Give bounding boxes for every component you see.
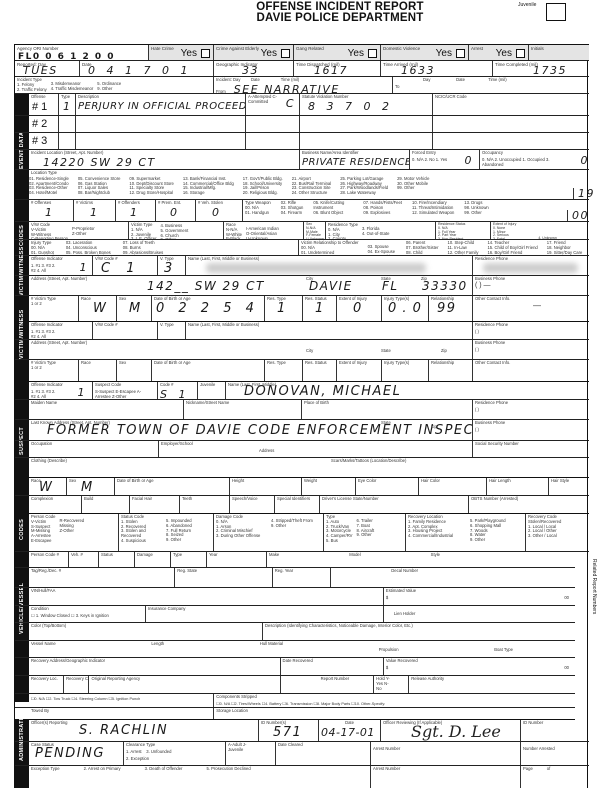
offense-type[interactable]: Type1 <box>59 94 76 115</box>
business-phone-field[interactable]: Business Phone( ) — <box>473 276 589 295</box>
gang-related-field[interactable]: Gang Related Yes <box>294 45 381 60</box>
offense-type[interactable] <box>59 116 76 132</box>
loc-col: 21. Airport22. Bus/Rail Terminal23. Cons… <box>292 177 332 196</box>
residence-phone-field[interactable]: Residence Phone( ) <box>473 400 589 419</box>
status-field[interactable]: Status <box>99 552 135 567</box>
options: 1. #1 3. #3 2. #2 4. All <box>29 389 59 399</box>
ssn-field[interactable]: Social Security Number <box>473 441 589 457</box>
special-identifiers-field[interactable]: Special Identifiers <box>275 496 320 513</box>
offense-row-3: # 3 <box>15 133 589 150</box>
domestic-violence-field[interactable]: Domestic Violence Yes <box>381 45 469 60</box>
statute-number[interactable]: Statute Violation Number8 3 7 0 2 <box>300 94 433 115</box>
residence-phone-field[interactable]: Residence Phone( ) <box>473 322 589 339</box>
date-recovered-field[interactable]: Date Recovered <box>281 658 384 675</box>
dob-field[interactable]: Date of Birth or Age <box>152 360 265 381</box>
of-text: of <box>547 766 551 771</box>
arrest-checkbox[interactable] <box>516 49 525 58</box>
codes-row-2: Injury Type00. N/A01. Gunshot02. Stabbed… <box>15 240 589 256</box>
exception-type-field[interactable]: Exception Type2. Arrest on Primary3. Dea… <box>29 766 371 788</box>
field-label: Race <box>79 360 116 367</box>
victim-type-1or2-field[interactable]: # Victim Type 1 or 2 <box>29 296 79 321</box>
person-code-legend: Person CodeV-VictimS-SuspectM-MissingA-A… <box>29 514 119 551</box>
legend-col: R-Recovered MissingZ-Other <box>57 514 95 551</box>
field-label: Status <box>99 552 134 559</box>
option: 3. L.E. Officer <box>131 237 157 239</box>
option: 4. Out-of-State <box>362 232 389 237</box>
dob-field[interactable]: Date of Birth or Age <box>115 478 230 495</box>
victim1-row-2: Address (Street, Apt. Number) 142__ SW 2… <box>15 276 589 296</box>
field-label: Other Contact Info. <box>473 296 589 303</box>
injury-types-field[interactable]: Injury Type(s)0 . 0 <box>382 296 429 321</box>
zip-value: 33330 <box>414 281 468 292</box>
option: E-Escapee <box>31 539 55 544</box>
condition-field[interactable]: Condition☐ 1. Window Closed ☐ 3. Keys in… <box>29 606 146 622</box>
domestic-violence-checkbox[interactable] <box>456 49 465 58</box>
relationship-field[interactable]: Relationship <box>429 360 473 381</box>
race-field[interactable]: RaceW <box>29 478 67 495</box>
field-value: # 3 <box>29 133 58 149</box>
option: 0. N/A <box>34 697 44 701</box>
vehicle-row-6: Vessel NameLengthHull MaterialPropulsion… <box>15 641 575 658</box>
suspect-address-field[interactable]: Last Known Address (Street, Apt. Number)… <box>29 420 473 440</box>
legend-col: 03. Spouse04. Ex-Spouse05. Co-Habitant <box>366 240 399 255</box>
field-label: Condition <box>29 606 145 613</box>
color-field[interactable]: Color (Top/Bottom) <box>29 623 263 640</box>
options: 0. N/A 2. No 1. Yes <box>410 157 450 164</box>
tag-field[interactable]: Tag/Reg./Dec. # <box>29 568 175 587</box>
field-label: Name (Last, First, Middle or Business) <box>186 256 472 263</box>
field-value: 0 <box>196 207 242 218</box>
arrest-number-2-field[interactable]: Arrest Number <box>371 766 521 788</box>
address-label: Address <box>159 448 472 455</box>
initials-field[interactable]: Initials <box>529 45 589 60</box>
lien-holder-field[interactable]: Lien Holder <box>384 606 575 622</box>
time-arrived-field[interactable]: Time Arrived (mil) 1633 <box>381 61 493 76</box>
field-value: 1 <box>74 207 115 218</box>
field-label: Recovery Loc. <box>29 676 63 683</box>
field-label: Arrest Number <box>371 766 520 773</box>
option: 2. Traffic Felony <box>17 88 47 93</box>
incident-to-field[interactable]: Day Date Time (mil) To <box>393 77 589 93</box>
field-label: Value Recovered <box>384 658 575 665</box>
offense-indicator-field[interactable]: Offense Indicator1. #1 3. #3 2. #2 4. Al… <box>29 382 93 399</box>
legend-col: 07. Loss of Teeth08. Burns09. Abrasions/… <box>121 240 166 255</box>
field-value: 0 4 1 7 0 1 <box>80 65 213 76</box>
attempted-committed[interactable] <box>246 133 300 149</box>
offense-description[interactable] <box>76 116 246 132</box>
counts-row: # Offenses1 # Victims1 # Offenders1 # Pr… <box>15 200 589 222</box>
weapon-type-field[interactable]: Type Weapon00. N/A01. Handgun 02. Rifle0… <box>243 200 589 221</box>
page-label: Page of <box>521 766 589 773</box>
field-label: Reg. State <box>175 568 272 575</box>
field-label: Report Number <box>281 676 374 683</box>
phone-blank: ( ) <box>473 427 589 434</box>
report-date-field[interactable]: Date04-17-01 <box>319 720 381 741</box>
offense-report-form: Agency ORI Number FL0 0 6 1 2 0 0 Hate C… <box>14 44 588 788</box>
res-status-field[interactable]: Res. Status1 <box>303 296 337 321</box>
sex-legend: SexN-N/AM-MaleF-FemaleU-Unknown <box>304 222 326 239</box>
extent-injury-field[interactable]: Extent of Injury0 <box>337 296 382 321</box>
ncic-code[interactable]: NCIC/UCR Code <box>433 94 589 115</box>
estimated-value-field[interactable]: Estimated Value$00 <box>384 588 575 605</box>
codes2-row: Person CodeV-VictimS-SuspectM-MissingA-A… <box>15 514 589 552</box>
legend-col: 6. Trailer7. Boat8. Aircraft9. Other <box>354 514 376 551</box>
attempted-committed[interactable] <box>246 116 300 132</box>
field-label: Suspect Code <box>93 382 157 389</box>
field-label: Hair Color <box>419 478 486 485</box>
original-agency-field[interactable]: Original Reporting Agency <box>89 676 280 693</box>
hate-crime-field[interactable]: Hate Crime Yes <box>149 45 214 60</box>
related-report-numbers-strip: Related Report Numbers <box>587 440 600 690</box>
legend-col: V/W CodeV-VictimW-WitnessC-Reporting Per… <box>29 222 70 239</box>
loc-col: 29. Motor Vehicle30. Other Mobile99. Oth… <box>397 177 429 196</box>
incident-type-col1: Incident Type1. Felony2. Traffic Felony <box>15 77 49 93</box>
option: 3. Other / Local <box>528 534 584 539</box>
suspect-row-3: Last Known Address (Street, Apt. Number)… <box>15 420 589 441</box>
field-label: Address (Street, Apt. Number) <box>29 340 472 347</box>
field-label: Speech/Voice <box>230 496 274 503</box>
field-label: Decal Number <box>331 568 575 575</box>
option: 06. Blunt Object <box>313 211 353 216</box>
report-title: OFFENSE INCIDENT REPORT DAVIE POLICE DEP… <box>235 2 445 24</box>
zip-label: Zip <box>429 424 439 431</box>
date-cleared-field[interactable]: Date Cleared <box>276 742 371 765</box>
legend-col: Recovery Code Stolen/Recovered1. Local /… <box>526 514 586 540</box>
victim-type-1or2-field[interactable]: # Victim Type 1 or 2 <box>29 360 79 381</box>
victim2-row-1: Offense Indicator1. #1 3. #3 2. #2 4. Al… <box>15 322 589 340</box>
field-value: ( ) — <box>473 283 589 290</box>
option: 2. Tow Truck <box>49 697 70 701</box>
towed-by-field[interactable]: Towed By <box>29 708 214 719</box>
residence-phone-field[interactable]: Residence Phone <box>473 256 589 275</box>
location-type-row[interactable]: Location Type 01. Residence-Single02. Ap… <box>15 170 589 200</box>
incident-from-field[interactable]: Incident: Day Date Time (mil) FromSEE NA… <box>214 77 393 93</box>
crime-elderly-checkbox[interactable] <box>281 49 290 58</box>
offense-description[interactable]: DescriptionPERJURY IN OFFICIAL PROCEEDIN… <box>76 94 246 115</box>
year-field[interactable]: Year <box>207 552 267 567</box>
field-label: OBTS Number (Arrested) <box>469 496 589 503</box>
adult-juvenile-field[interactable]: A-Adult J-Juvenile <box>226 742 276 765</box>
occupancy-field[interactable]: Occupancy0. N/A 2. Unoccupied 1. Occupie… <box>480 150 589 169</box>
vessel-field[interactable]: Vessel NameLengthHull MaterialPropulsion… <box>29 641 575 657</box>
complexion-field[interactable]: Complexion <box>29 496 82 513</box>
field-value: 1 <box>59 101 75 112</box>
occupation-field[interactable]: Occupation <box>29 441 159 457</box>
field-label: Hair Style <box>549 478 589 485</box>
extent-injury-field[interactable]: Extent of Injury <box>337 360 382 381</box>
field-label: V. Type <box>158 322 185 329</box>
sex-field[interactable]: SexM <box>117 296 152 321</box>
other-contact-field[interactable]: Other Contact Info.— <box>473 296 589 321</box>
suspect-code-field[interactable]: Suspect CodeS-Suspect E-Escapee A-Arrest… <box>93 382 158 399</box>
field-label: Occupancy <box>480 150 589 157</box>
option: 9. Other <box>161 238 189 239</box>
vehicle-row-7: Recovery Address/Geographic Indicator Da… <box>15 658 575 676</box>
juvenile-checkbox[interactable] <box>546 3 566 21</box>
weapon-col: 05. Knife/Cutting Instrument06. Blunt Ob… <box>311 200 355 221</box>
race-legend: RaceN-N/AW-WhiteB-BlackI-American Indian… <box>224 222 304 239</box>
sex-field[interactable]: Sex <box>117 360 152 381</box>
hold-field[interactable]: Hold Y-Yes N-No <box>374 676 409 693</box>
field-label: Res. Type <box>265 360 302 367</box>
field-label: Social Security Number <box>473 441 589 448</box>
vehicle-row-8: Recovery Loc. Recovery Code Original Rep… <box>15 676 575 694</box>
offense-type[interactable] <box>59 133 76 149</box>
victim-type-legend: Victim Type1. N/A2. Juvenile3. L.E. Offi… <box>129 222 224 239</box>
offenses-count[interactable]: # Offenses1 <box>29 200 74 221</box>
from-label: From <box>214 89 228 93</box>
vehicle-number-field[interactable]: Veh. # <box>69 552 99 567</box>
incident-type-field[interactable]: Incident Type1. Felony2. Traffic Felony … <box>15 77 214 93</box>
legend-col: P-ProprietorZ-Other <box>70 222 97 239</box>
hair-length-field[interactable]: Hair Length <box>487 478 549 495</box>
victim-type-field[interactable]: V. Type3 <box>158 256 186 275</box>
sex-field[interactable]: SexM <box>67 478 115 495</box>
business-name-field[interactable]: Business Name/Area IdentifierPRIVATE RES… <box>300 150 410 169</box>
clothing-field[interactable]: Clothing (Describe)Scars/Marks/Tattoos (… <box>29 458 589 477</box>
city-value: DAVIE <box>301 281 353 292</box>
officer-reviewing-field[interactable]: Officer Reviewing (If Applicable)Sgt. D.… <box>381 720 521 741</box>
weight-field[interactable]: Weight <box>302 478 356 495</box>
suspect-row-2: Maiden Name Nickname/Street Name Place o… <box>15 400 589 420</box>
obts-number-field[interactable]: OBTS Number (Arrested) <box>469 496 589 513</box>
juvenile-field[interactable]: Juvenile <box>198 382 226 399</box>
field-label: Complexion <box>29 496 81 503</box>
victim1-row-3: # Victim Type 1 or 2 RaceW SexM Date of … <box>15 296 589 322</box>
legend-col: I-American IndianO-Oriental/AsianU-Unkno… <box>244 222 281 239</box>
dollar-sign: $ <box>386 596 388 601</box>
premises-entered-count[interactable]: # Prem. Ent.0 <box>156 200 196 221</box>
field-label: Release Authority <box>409 676 575 683</box>
vessel-label: Vessel Name <box>29 641 58 657</box>
vehicle-row-3: VIN/Hull/FAA Estimated Value$00 <box>15 588 575 606</box>
damage-field[interactable]: Damage <box>135 552 171 567</box>
legend-col: 03. Laceration04. Unconscious05. Poss. B… <box>64 240 113 255</box>
arrest-field[interactable]: Arrest Yes <box>469 45 529 60</box>
place-of-birth-field[interactable]: Place of Birth <box>302 400 473 419</box>
juvenile-label: Juvenile <box>518 2 536 8</box>
race-field[interactable]: Race <box>79 360 117 381</box>
build-field[interactable]: Build <box>82 496 130 513</box>
field-label: ID Number <box>521 720 589 727</box>
recovery-code-field[interactable]: Recovery Code <box>64 676 89 693</box>
time-completed-field[interactable]: Time Completed (mil) 1735 <box>493 61 589 76</box>
option: 9. Other <box>470 538 506 543</box>
loc-col: 13. Bank/Financial Inst.14. Commercial/O… <box>183 177 234 196</box>
option: 4. Battery <box>265 702 281 706</box>
time-dispatched-field[interactable]: Time Dispatched (mil) 1617 <box>294 61 381 76</box>
report-header: OFFENSE INCIDENT REPORT DAVIE POLICE DEP… <box>0 0 600 44</box>
field-label: Relationship <box>429 360 472 367</box>
vehicles-stolen-count[interactable]: # Veh. Stolen0 <box>196 200 243 221</box>
agency-row: Agency ORI Number FL0 0 6 1 2 0 0 Hate C… <box>15 44 589 61</box>
field-value: FORMER TOWN OF DAVIE CODE ENFORCEMENT IN… <box>39 425 473 436</box>
vehicle-description-field[interactable]: Description (Identifying Characteristics… <box>263 623 575 640</box>
field-value: # 2 <box>29 116 58 132</box>
extent-injury-legend: Extent of Injury0. None1. Minor2. Seriou… <box>491 222 589 239</box>
ncic-code[interactable] <box>433 133 589 149</box>
attempted-committed[interactable]: A-Attempted C-CommittedC <box>246 94 300 115</box>
vehicle-row-4: Condition☐ 1. Window Closed ☐ 3. Keys in… <box>15 606 575 623</box>
recovery-loc-field[interactable]: Recovery Loc. <box>29 676 64 693</box>
yes-label: Yes <box>181 48 197 59</box>
victim-address-field[interactable]: Address (Street, Apt. Number) City State… <box>29 340 473 359</box>
dollar-sign: $ <box>386 666 388 671</box>
victim-type-field[interactable]: V. Type <box>158 322 186 339</box>
res-type-field[interactable]: Res. Type1 <box>265 296 303 321</box>
reported-date-field[interactable]: Date 0 4 1 7 0 1 <box>80 61 214 76</box>
release-authority-field[interactable]: Release Authority <box>409 676 575 693</box>
person-code-field[interactable]: Person Code # <box>29 552 69 567</box>
hair-color-field[interactable]: Hair Color <box>419 478 487 495</box>
option: Z-Other <box>59 529 93 534</box>
legend-col: SexN-N/AM-MaleF-FemaleU-Unknown <box>304 222 325 239</box>
storage-location-field[interactable]: Storage Location <box>214 708 575 719</box>
field-value: 571 <box>259 727 318 738</box>
offenders-count[interactable]: # Offenders1 <box>116 200 156 221</box>
city-label: City <box>304 348 315 355</box>
suspect-name-field[interactable]: Name (Last, First, Middle)DONOVAN, MICHA… <box>226 382 589 399</box>
make-model-style-field[interactable]: MakeModelStyle <box>267 552 567 567</box>
report-number-field[interactable]: Report Number <box>281 676 375 693</box>
id-number-field[interactable]: ID Number <box>521 720 589 741</box>
field-value: 1 <box>29 207 73 218</box>
field-label: Arrest Number <box>371 742 520 753</box>
geo-indicator-field[interactable]: Geographic Indicator 33 <box>214 61 294 76</box>
business-phone-field[interactable]: Business Phone( ) <box>473 420 589 440</box>
field-label: Extent of Injury <box>337 360 381 367</box>
offense-number: # 2 <box>29 116 59 132</box>
reported-day-field[interactable]: Reported: Day TUES <box>15 61 80 76</box>
field-label: Offense <box>29 94 58 101</box>
other-contact-field[interactable]: Other Contact Info. <box>473 360 589 381</box>
clearance-type-field[interactable]: Clearance Type1. Arrest 3. Unfounded2. E… <box>124 742 226 765</box>
hair-style-field[interactable]: Hair Style <box>549 478 589 495</box>
reg-year-field[interactable]: Reg. Year <box>273 568 332 587</box>
agency-ori-field[interactable]: Agency ORI Number FL0 0 6 1 2 0 0 <box>15 45 149 60</box>
field-value: 0 <box>581 155 590 166</box>
reg-state-field[interactable]: Reg. State <box>175 568 273 587</box>
case-status-field[interactable]: Case StatusPENDING <box>29 742 124 765</box>
legend-col: 3. Florida4. Out-of-State <box>360 222 391 239</box>
suspect-row-5: Clothing (Describe)Scars/Marks/Tattoos (… <box>15 458 589 478</box>
method-theft-field[interactable]: ☐0. N/A ☐2. Tow Truck ☐4. Steering Colum… <box>29 694 214 707</box>
offense-indicator-field[interactable]: Offense Indicator1. #1 3. #3 2. #2 4. Al… <box>29 322 93 339</box>
phone-blank: ( ) <box>473 347 589 354</box>
drivers-license-field[interactable]: Driver's License State/Number <box>320 496 469 513</box>
vw-code-field[interactable]: V/W Code #C 1 <box>93 256 158 275</box>
field-label: Residence Phone <box>473 256 589 263</box>
decal-number-field[interactable]: Decal Number <box>331 568 575 587</box>
vin-field[interactable]: VIN/Hull/FAA <box>29 588 384 605</box>
hate-crime-checkbox[interactable] <box>201 49 210 58</box>
value-recovered-field[interactable]: Value Recovered$00 <box>384 658 575 675</box>
field-label: Year <box>207 552 266 559</box>
recovery-address-field[interactable]: Recovery Address/Geographic Indicator <box>29 658 281 675</box>
forced-entry-field[interactable]: Forced Entry0. N/A 2. No 1. Yes0 <box>410 150 480 169</box>
res-type-field[interactable]: Res. Type <box>265 360 303 381</box>
victim-name-field[interactable]: Name (Last, First, Middle or Business) <box>186 256 473 275</box>
field-value: 8 3 7 0 2 <box>300 101 432 112</box>
officer-reporting-field[interactable]: Officer(s) ReportingS. RACHLIN <box>29 720 259 741</box>
option: 12. Simulated Weapon <box>412 211 454 216</box>
eye-color-field[interactable]: Eye Color <box>356 478 419 495</box>
type-field[interactable]: Type <box>171 552 207 567</box>
option: 9. Other <box>97 87 121 92</box>
field-label: Name (Last, First, Middle or Business) <box>186 322 472 329</box>
field-label: Special Identifiers <box>275 496 319 503</box>
height-field[interactable]: Height <box>230 478 302 495</box>
speech-voice-field[interactable]: Speech/Voice <box>230 496 275 513</box>
nickname-field[interactable]: Nickname/Street Name <box>184 400 302 419</box>
vehicle-row-1: Person Code # Veh. # Status Damage Type … <box>15 552 575 568</box>
field-value: 99 <box>429 303 472 314</box>
offense-indicator-field[interactable]: Offense Indicator1. #1 3. #3 2. #2 4. Al… <box>29 256 93 275</box>
field-label: Offense Indicator <box>29 322 92 329</box>
crime-elderly-field[interactable]: Crime Against Elderly Yes <box>214 45 294 60</box>
legend-col: Damage Code0. N/A1. Arson2. Criminal Mis… <box>214 514 269 551</box>
injury-type-legend: Injury Type00. N/A01. Gunshot02. Stabbed… <box>29 240 299 255</box>
statute-number[interactable] <box>300 116 433 132</box>
victims-count[interactable]: # Victims1 <box>74 200 116 221</box>
employer-field[interactable]: Employer/SchoolAddress <box>159 441 473 457</box>
option: 99. Other <box>397 186 429 191</box>
relationship-field[interactable]: Relationship99 <box>429 296 473 321</box>
number-arrested-field[interactable]: Number Arrested <box>521 742 589 765</box>
loc-col: 09. Supermarket10. Dept/Discount Store11… <box>129 177 173 196</box>
field-label: Storage Location <box>214 708 575 715</box>
make-label: Make <box>269 553 279 558</box>
option: 5. Ignition Punch <box>112 697 140 701</box>
victim-address-field[interactable]: Address (Street, Apt. Number) 142__ SW 2… <box>29 276 473 295</box>
field-label: Person Code # <box>29 552 68 559</box>
vw-code-field[interactable]: V/W Code # <box>93 322 158 339</box>
hull-label: Hull Material <box>258 641 285 657</box>
arrest-number-field[interactable]: Arrest Number <box>371 742 521 765</box>
code-number-field[interactable]: Code #S 1 <box>158 382 198 399</box>
page-field[interactable]: Page of <box>521 766 589 788</box>
business-phone-field[interactable]: Business Phone( ) <box>473 340 589 359</box>
facial-hair-field[interactable]: Facial Hair <box>130 496 180 513</box>
field-value: S. RACHLIN <box>29 725 258 736</box>
incident-location-field[interactable]: Incident Location (Street, Apt. Number)1… <box>29 150 300 169</box>
race-field[interactable]: RaceW <box>79 296 117 321</box>
id-numbers-field[interactable]: ID Number(s)571 <box>259 720 319 741</box>
dob-field[interactable]: Date of Birth or Age0 2 2 5 4 6 <box>152 296 265 321</box>
field-value: — <box>473 303 589 310</box>
teeth-field[interactable]: Teeth <box>180 496 230 513</box>
field-label: # Victim Type 1 or 2 <box>29 296 59 308</box>
legend-col: RaceN-N/AW-WhiteB-Black <box>224 222 244 239</box>
offense-description[interactable] <box>76 133 246 149</box>
insurance-field[interactable]: Insurance Company <box>146 606 384 622</box>
page-text: Page <box>523 766 533 771</box>
maiden-name-field[interactable]: Maiden Name <box>29 400 184 419</box>
gang-related-checkbox[interactable] <box>368 49 377 58</box>
address-value: 142__ SW 29 CT <box>139 281 265 292</box>
field-value: 0 <box>156 207 195 218</box>
res-status-field[interactable]: Res. Status <box>303 360 337 381</box>
option: Z-Other <box>72 232 95 237</box>
field-label: Lien Holder <box>384 606 575 618</box>
victim-name-field[interactable]: Name (Last, First, Middle or Business) <box>186 322 473 339</box>
field-label: Insurance Company <box>146 606 383 613</box>
components-stripped-field[interactable]: Components Stripped☐0. N/A ☐2. Tires/Whe… <box>214 694 575 707</box>
statute-number[interactable] <box>300 133 433 149</box>
injury-types-field[interactable]: Injury Type(s) <box>382 360 429 381</box>
ncic-code[interactable] <box>433 116 589 132</box>
field-label: Date Cleared <box>276 742 370 749</box>
